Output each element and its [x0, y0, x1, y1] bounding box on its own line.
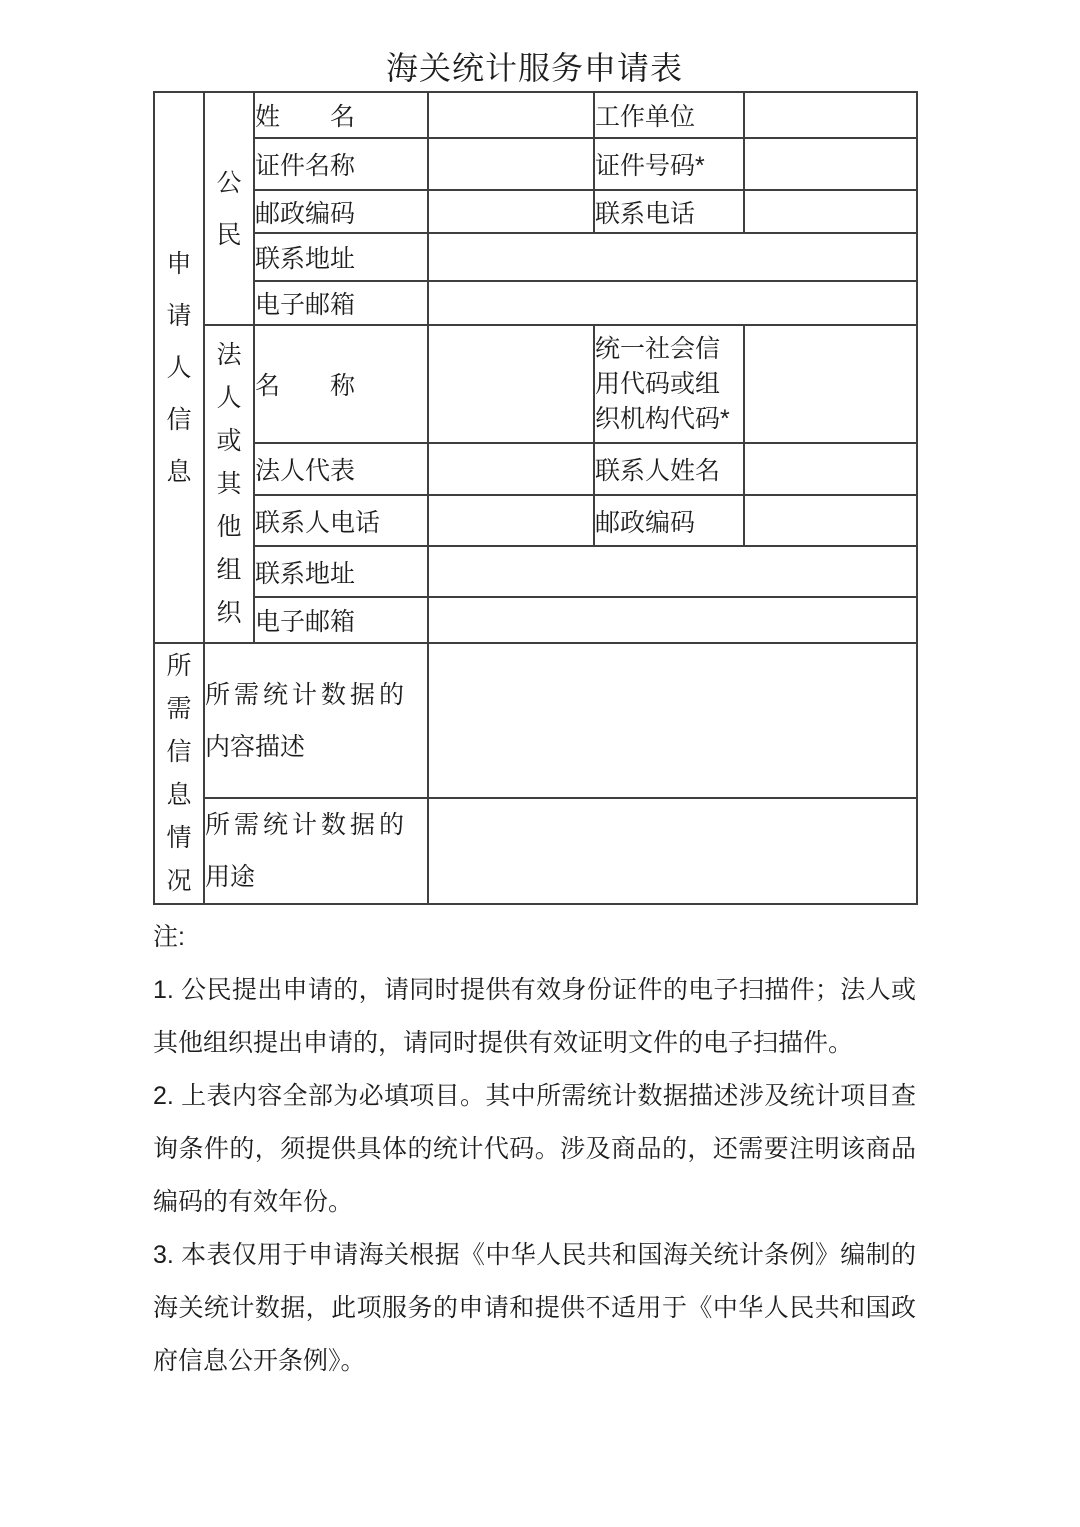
- citizen-postal-code-label: 邮政编码: [254, 190, 428, 233]
- legal-credit-code-field[interactable]: [744, 325, 917, 443]
- citizen-email-field[interactable]: [428, 281, 917, 325]
- legal-email-label: 电子邮箱: [254, 597, 428, 643]
- group-label-citizen: 公民: [216, 157, 243, 261]
- citizen-email-label: 电子邮箱: [254, 281, 428, 325]
- citizen-cert-name-label: 证件名称: [254, 138, 428, 190]
- legal-email-field[interactable]: [428, 597, 917, 643]
- group-label-legal-entity: 法人或其他组织: [216, 334, 243, 635]
- citizen-name-label: 姓 名: [254, 92, 428, 138]
- section-label-required-info: 所需信息情况: [166, 645, 193, 903]
- notes-section: 注: 1. 公民提出申请的，请同时提供有效身份证件的电子扫描件；法人或其他组织提…: [153, 911, 916, 1388]
- note-item-1: 1. 公民提出申请的，请同时提供有效身份证件的电子扫描件；法人或其他组织提出申请…: [153, 964, 916, 1070]
- citizen-work-unit-field[interactable]: [744, 92, 917, 138]
- legal-postal-code-label: 邮政编码: [594, 495, 744, 546]
- required-purpose-label: 所需统计数据的 用途: [204, 798, 428, 904]
- required-description-label-line2: 内容描述: [205, 721, 427, 773]
- required-description-field[interactable]: [428, 643, 917, 798]
- citizen-phone-field[interactable]: [744, 190, 917, 233]
- legal-representative-label: 法人代表: [254, 443, 428, 495]
- citizen-cert-name-field[interactable]: [428, 138, 594, 190]
- legal-name-field[interactable]: [428, 325, 594, 443]
- group-cell-legal-entity: 法人或其他组织: [204, 325, 254, 643]
- section-cell-applicant-info: 申请人信息: [154, 92, 204, 643]
- application-form-table: 申请人信息 公民 姓 名 工作单位 证件名称 证件号码* 邮政编码 联系电话 联…: [153, 91, 918, 905]
- citizen-address-field[interactable]: [428, 233, 917, 281]
- document-page: 海关统计服务申请表 申请人信息 公民 姓 名 工作单位 证件名称: [153, 0, 916, 1388]
- citizen-name-field[interactable]: [428, 92, 594, 138]
- legal-credit-code-label: 统一社会信用代码或组织机构代码*: [594, 325, 744, 443]
- legal-contact-phone-label: 联系人电话: [254, 495, 428, 546]
- required-purpose-label-line2: 用途: [205, 851, 427, 903]
- citizen-cert-number-field[interactable]: [744, 138, 917, 190]
- note-item-3: 3. 本表仅用于申请海关根据《中华人民共和国海关统计条例》编制的海关统计数据，此…: [153, 1229, 916, 1388]
- legal-address-field[interactable]: [428, 546, 917, 597]
- citizen-postal-code-field[interactable]: [428, 190, 594, 233]
- page-title: 海关统计服务申请表: [153, 48, 916, 88]
- legal-representative-field[interactable]: [428, 443, 594, 495]
- section-cell-required-info: 所需信息情况: [154, 643, 204, 904]
- legal-postal-code-field[interactable]: [744, 495, 917, 546]
- legal-contact-phone-field[interactable]: [428, 495, 594, 546]
- citizen-address-label: 联系地址: [254, 233, 428, 281]
- section-label-applicant-info: 申请人信息: [166, 238, 193, 498]
- citizen-work-unit-label: 工作单位: [594, 92, 744, 138]
- citizen-phone-label: 联系电话: [594, 190, 744, 233]
- notes-heading: 注:: [153, 911, 916, 964]
- group-cell-citizen: 公民: [204, 92, 254, 325]
- citizen-cert-number-label: 证件号码*: [594, 138, 744, 190]
- note-item-2: 2. 上表内容全部为必填项目。其中所需统计数据描述涉及统计项目查询条件的，须提供…: [153, 1070, 916, 1229]
- legal-contact-name-label: 联系人姓名: [594, 443, 744, 495]
- legal-name-label: 名 称: [254, 325, 428, 443]
- legal-address-label: 联系地址: [254, 546, 428, 597]
- required-purpose-field[interactable]: [428, 798, 917, 904]
- required-description-label: 所需统计数据的 内容描述: [204, 643, 428, 798]
- required-description-label-line1: 所需统计数据的: [205, 669, 427, 721]
- legal-contact-name-field[interactable]: [744, 443, 917, 495]
- required-purpose-label-line1: 所需统计数据的: [205, 799, 427, 851]
